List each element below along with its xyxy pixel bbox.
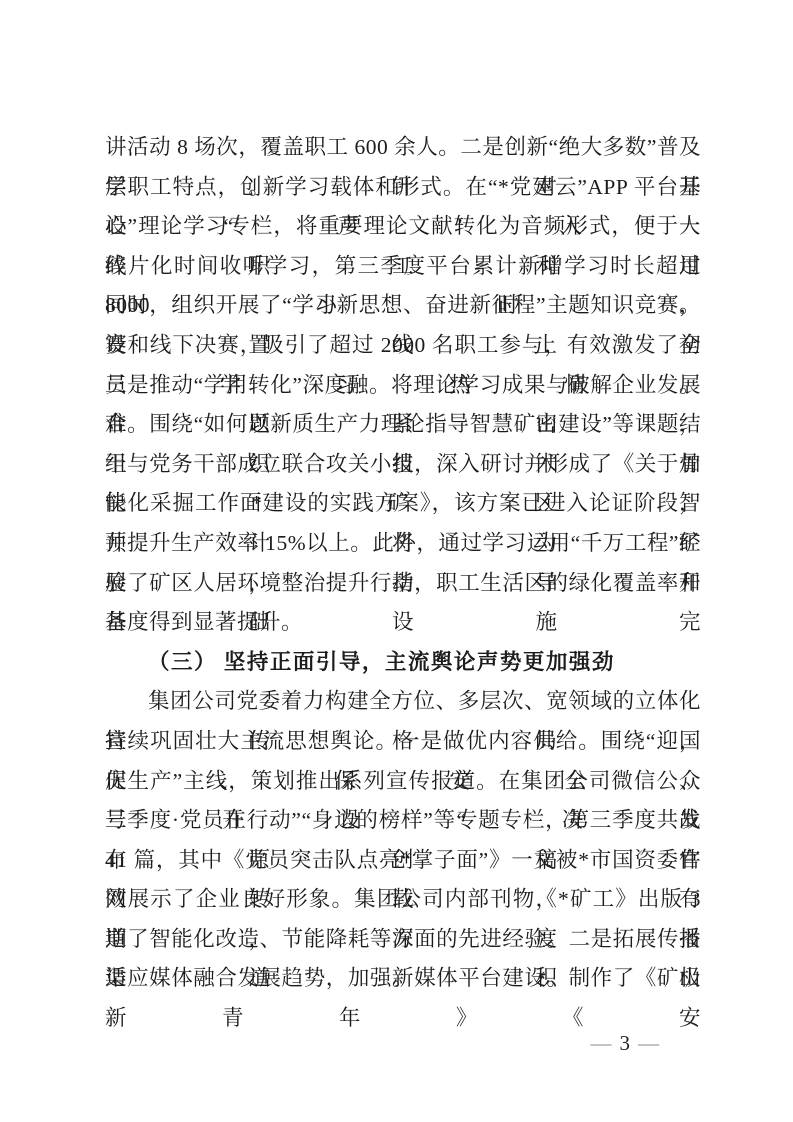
text-line: 碎片化时间收听学习，第三季度平台累计新增学习时长超过 8000 小时。 <box>105 247 701 287</box>
document-page: 讲活动 8 场次，覆盖职工 600 余人。二是创新“绝大多数”普及学。针对基层职… <box>0 0 793 1122</box>
page-number-left-dash: — <box>585 1031 620 1055</box>
text-line: 适应媒体融合发展趋势，加强新媒体平台建设。制作了《矿山新青年》《安 <box>105 959 701 999</box>
text-line: 促生产”主线，策划推出系列宣传报道。在集团公司微信公众号开设“决战 <box>105 762 701 802</box>
text-line: 同时，组织开展了“学习新思想、奋进新征程”主题知识竞赛，设置线上初 <box>105 286 701 326</box>
text-line: 合。围绕“如何以新质生产力理论指导智慧矿山建设”等课题，组织技术骨 <box>105 405 701 445</box>
text-line: 井提升生产效率 15%以上。此外，通过学习运用“千万工程”经验，指导开 <box>105 524 701 564</box>
page-number-right-dash: — <box>632 1031 667 1055</box>
page-number-value: 3 <box>620 1031 633 1055</box>
text-line: 心”理论学习专栏，将重要理论文献转化为音频形式，便于一线职工利用 <box>105 207 701 247</box>
text-line: 赛和线下决赛，吸引了超过 2000 名职工参与，有效激发了全员学习热情。 <box>105 326 701 366</box>
text-line: 道了智能化改造、节能降耗等方面的先进经验。二是拓展传播渠道。积极 <box>105 920 701 960</box>
document-body: 讲活动 8 场次，覆盖职工 600 余人。二是创新“绝大多数”普及学。针对基层职… <box>105 128 701 999</box>
text-line: 集团公司党委着力构建全方位、多层次、宽领域的立体化宣传格局， <box>105 682 701 722</box>
text-line: 能化采掘工作面建设的实践方案》，该方案已进入论证阶段，预计将为矿 <box>105 484 701 524</box>
text-line: 41 篇，其中《党员突击队点亮“掌子面”》一文被*市国资委官网转载，有 <box>105 841 701 881</box>
section-heading: （三） 坚持正面引导，主流舆论声势更加强劲 <box>105 643 701 683</box>
text-line: 讲活动 8 场次，覆盖职工 600 余人。二是创新“绝大多数”普及学。针对基 <box>105 128 701 168</box>
text-line: 层职工特点，创新学习载体和形式。在“*党建云”APP 平台开设“‘声’入人 <box>105 168 701 208</box>
text-line: 持续巩固壮大主流思想舆论。一是做优内容供给。围绕“迎国庆、保安全、 <box>105 722 701 762</box>
text-line: 三是推动“学用转化”深度融。将理论学习成果与破解企业发展难题紧密结 <box>105 366 701 406</box>
text-line: 效展示了企业良好形象。集团公司内部刊物《*矿工》出版 3 期，深度报 <box>105 880 701 920</box>
text-line: 三季度·党员在行动”“身边的榜样”等专题专栏，第三季度共发布原创稿件 <box>105 801 701 841</box>
page-number: —3— <box>585 1028 668 1058</box>
text-line: 干与党务干部成立联合攻关小组，深入研讨并形成了《关于加快*矿区智 <box>105 445 701 485</box>
text-line: 展了矿区人居环境整治提升行动，职工生活区的绿化覆盖率和基础设施完 <box>105 564 701 604</box>
